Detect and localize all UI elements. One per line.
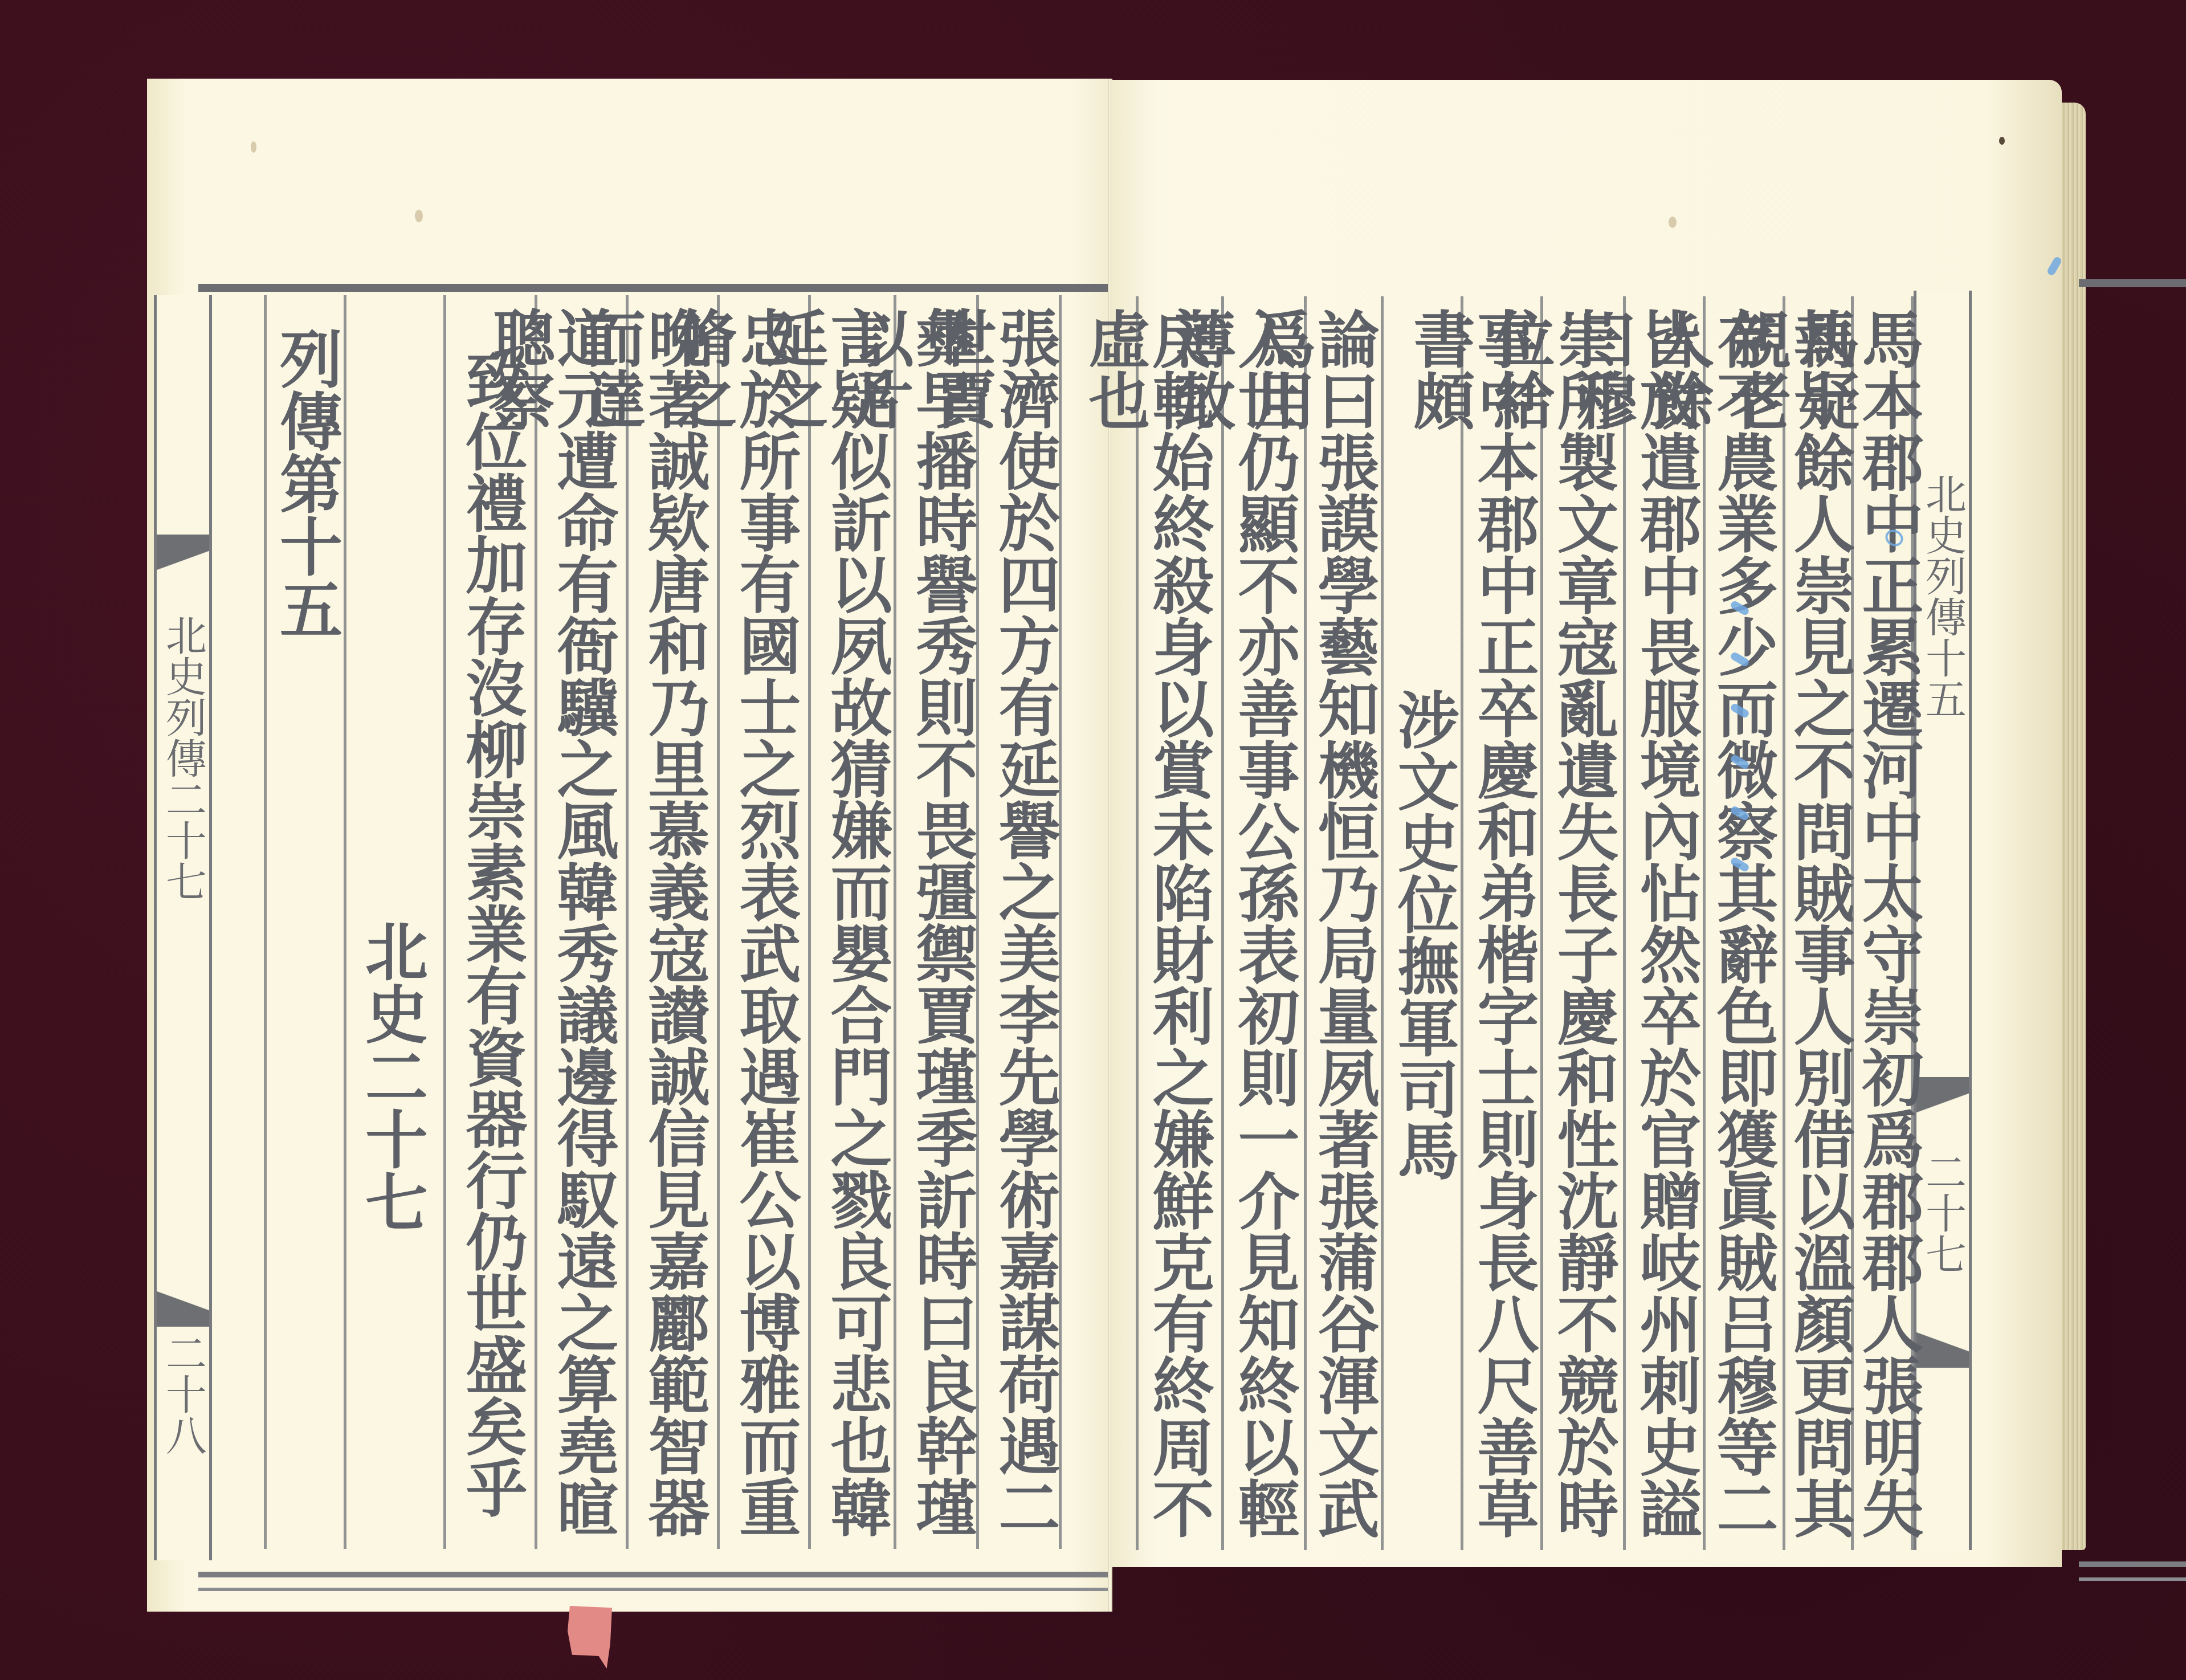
text-column: 張濟使於四方有延譽之美李先學術嘉謀荷遇二世賈 — [988, 307, 1056, 1560]
paper-stain — [1669, 217, 1677, 228]
text-column: 存不農業多少而微察其辭色即獲眞賊吕穆等二人餘 — [1706, 308, 1774, 1561]
text-column: 致位禮加存沒柳崇素業有資器行仍世盛矣乎 — [455, 307, 523, 1560]
text-column: 道元遭命有衙驥之風韓秀議邊得馭遠之算堯暄聰察 — [546, 307, 614, 1560]
right-page: 北史列傳十五 二十七 馬本郡中正累遷河中太守崇初爲郡郡人張明失馬疑 執十餘人崇見… — [1110, 80, 2062, 1567]
text-column: 執十餘人崇見之不問賊事人別借以溫顏更問其親老 — [1783, 308, 1851, 1561]
text-column: 忠於所事有國士之烈表武取遇崔公以博雅而重脩之 — [728, 307, 797, 1560]
text-column: 彝早播時譽秀則不畏彊禦賈瑾季訢時曰良幹瑾以片 — [905, 307, 973, 1560]
text-column: 皆放遣郡中畏服境內怗然卒於官贈岐州刺史謚曰穆 — [1629, 308, 1697, 1561]
margin-label: 北史列傳十五 — [1916, 473, 1969, 872]
right-text-frame — [2079, 279, 2186, 1567]
margin-page-number: 二十七 — [1916, 1151, 1969, 1311]
text-column: 事中本郡中正卒慶和弟楷字士則身長八尺善草書頗 — [1466, 308, 1535, 1561]
text-column: 論曰張謨學藝知機恒乃局量夙著張蒲谷渾文武爲用 — [1307, 308, 1375, 1561]
open-book: 北史列傳二十七 二十八 列傳第十五 北史二十七 張濟使於四方有延譽之美李先學術嘉… — [147, 67, 2062, 1608]
text-column: 馬本郡中正累遷河中太守崇初爲郡郡人張明失馬疑 — [1851, 308, 1919, 1561]
text-column: 戾軌始終殺身以賞未陷財利之嫌鮮克有終周不虛也 — [1141, 308, 1210, 1561]
paper-stain — [415, 210, 423, 222]
paper-stain — [251, 141, 256, 153]
book-footer-title: 北史二十七 — [355, 916, 423, 1235]
text-column: 晩著誠欵唐和乃里慕義寇讃誠信見嘉酈範智器而達 — [637, 307, 705, 1560]
blue-annotation-mark — [2046, 256, 2062, 276]
text-column: 入世仍顯不亦善事公孫表初則一介見知終以輕薄致 — [1227, 308, 1295, 1561]
fishtail-ornament-icon — [1916, 1299, 1969, 1368]
chapter-title: 列傳第十五 — [270, 307, 338, 660]
fishtail-ornament-icon — [1916, 1077, 1969, 1145]
paper-stain — [1999, 137, 2005, 145]
text-column: 崇所製文章寇亂遺失長子慶和性沈靜不競於時位給 — [1546, 308, 1614, 1561]
text-column: 涉文史位撫軍司馬 — [1386, 308, 1455, 1561]
left-page: 北史列傳二十七 二十八 列傳第十五 北史二十七 張濟使於四方有延譽之美李先學術嘉… — [147, 79, 1110, 1612]
text-column: 言疑似訢以夙故猜嫌而嬰合門之戮良可悲也韓延之 — [819, 307, 888, 1560]
